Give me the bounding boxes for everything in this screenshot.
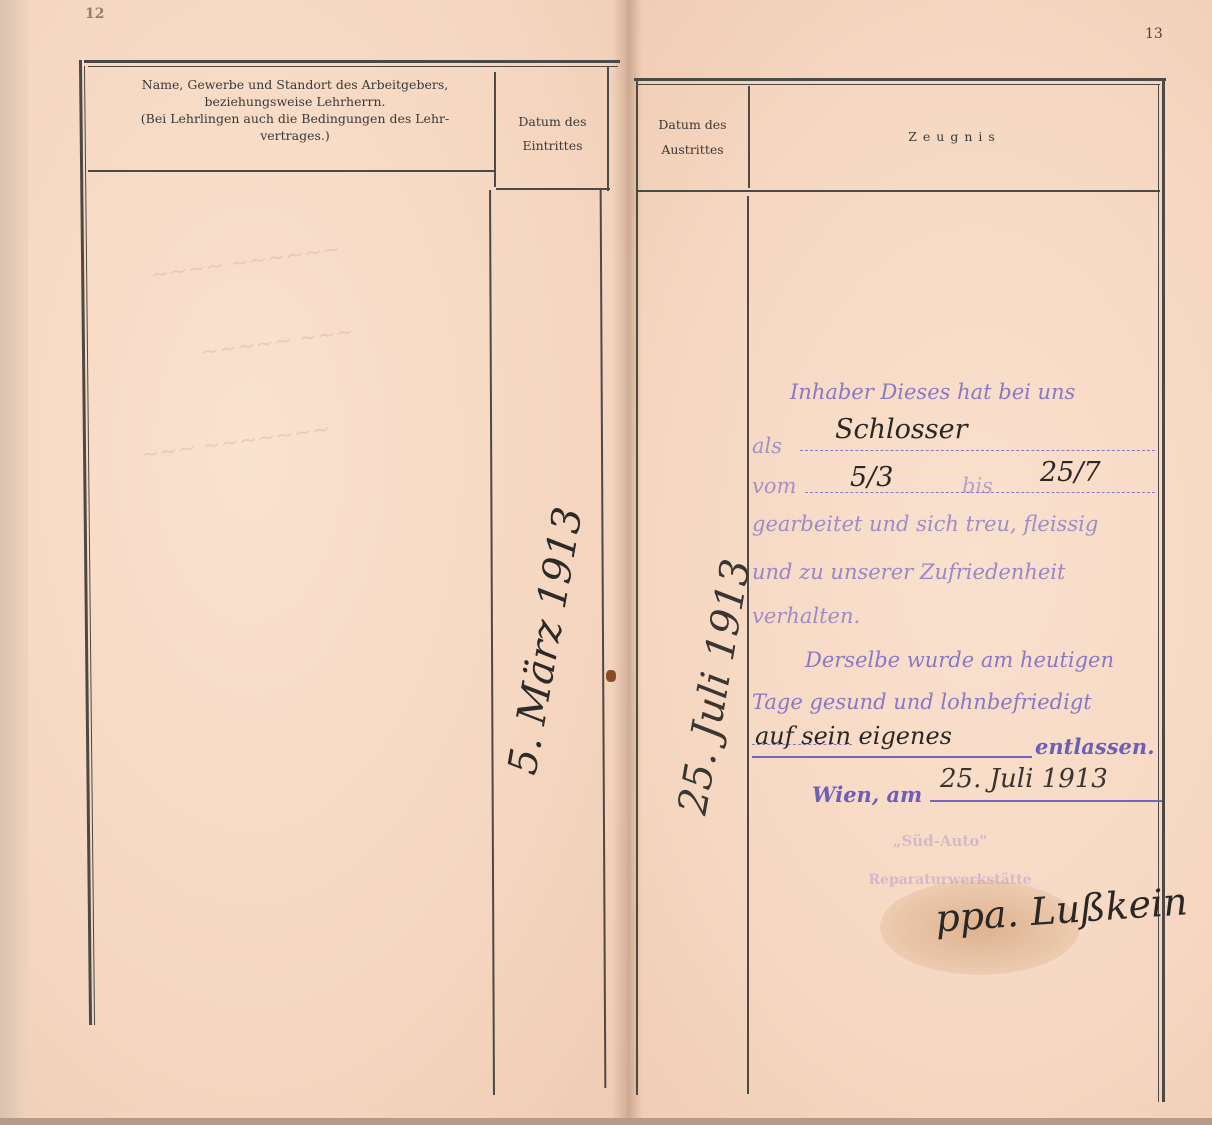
vom-value: 5/3 — [850, 462, 893, 493]
header-line: Datum des — [640, 112, 745, 137]
bis-label: bis — [962, 474, 993, 498]
rule-top-outer — [634, 78, 1166, 81]
rule-header-bottom-1 — [88, 170, 496, 172]
header-line: beziehungsweise Lehrherrn. — [100, 93, 490, 110]
bis-value: 25/7 — [1040, 457, 1101, 488]
date-line — [930, 800, 1162, 802]
rule-top-inner — [638, 84, 1160, 85]
binding-hole — [606, 670, 616, 682]
certificate-line-7: Derselbe wurde am heutigen — [805, 648, 1114, 672]
rule-top-outer — [84, 60, 620, 63]
als-label: als — [752, 434, 782, 458]
occupation-value: Schlosser — [835, 414, 968, 445]
header-line: Eintrittes — [500, 134, 605, 158]
vom-label: vom — [752, 474, 796, 498]
certificate-line-4: gearbeitet und sich treu, fleissig — [752, 512, 1098, 536]
page-edge — [0, 0, 28, 1125]
header-exit-date: Datum des Austrittes — [640, 112, 745, 162]
header-line: Austrittes — [640, 137, 745, 162]
rule-col-divider — [747, 196, 749, 1094]
header-line: vertrages.) — [100, 127, 490, 144]
header-line: Name, Gewerbe und Standort des Arbeitgeb… — [100, 76, 490, 93]
bottom-edge — [0, 1118, 1212, 1125]
vom-dotted-line — [805, 492, 1155, 493]
header-line: Datum des — [500, 110, 605, 134]
rule-col-divider-header — [494, 72, 496, 187]
rule-top-inner — [88, 66, 618, 67]
reason-value: auf sein eigenes — [755, 722, 952, 750]
company-stamp-name: „Süd-Auto" — [880, 832, 1000, 850]
rule-header-bottom-2 — [496, 188, 610, 190]
rule-right-inner — [1158, 85, 1159, 1102]
page-number-right: 13 — [1145, 26, 1163, 42]
reason-line — [752, 756, 1032, 758]
rule-right-header — [607, 66, 609, 191]
rule-right-outer — [1162, 80, 1165, 1102]
rule-left — [636, 80, 638, 1095]
rule-col-divider-header — [748, 86, 750, 188]
header-entry-date: Datum des Eintrittes — [500, 110, 605, 158]
als-dotted-line — [800, 450, 1155, 451]
rule-header-bottom — [638, 190, 1160, 192]
header-certificate: Zeugnis — [752, 128, 1157, 145]
place-label: Wien, am — [812, 782, 922, 807]
place-date-value: 25. Juli 1913 — [940, 764, 1108, 794]
certificate-line-5: und zu unserer Zufriedenheit — [752, 560, 1065, 584]
certificate-line-8: Tage gesund und lohnbefriedigt — [752, 690, 1092, 714]
page-number-left: 12 — [85, 6, 104, 22]
header-line: (Bei Lehrlingen auch die Bedingungen des… — [100, 110, 490, 127]
certificate-line-6: verhalten. — [752, 604, 860, 628]
certificate-line-1: Inhaber Dieses hat bei uns — [790, 380, 1075, 404]
dismissal-text: entlassen. — [1035, 734, 1155, 759]
header-employer: Name, Gewerbe und Standort des Arbeitgeb… — [100, 76, 490, 144]
